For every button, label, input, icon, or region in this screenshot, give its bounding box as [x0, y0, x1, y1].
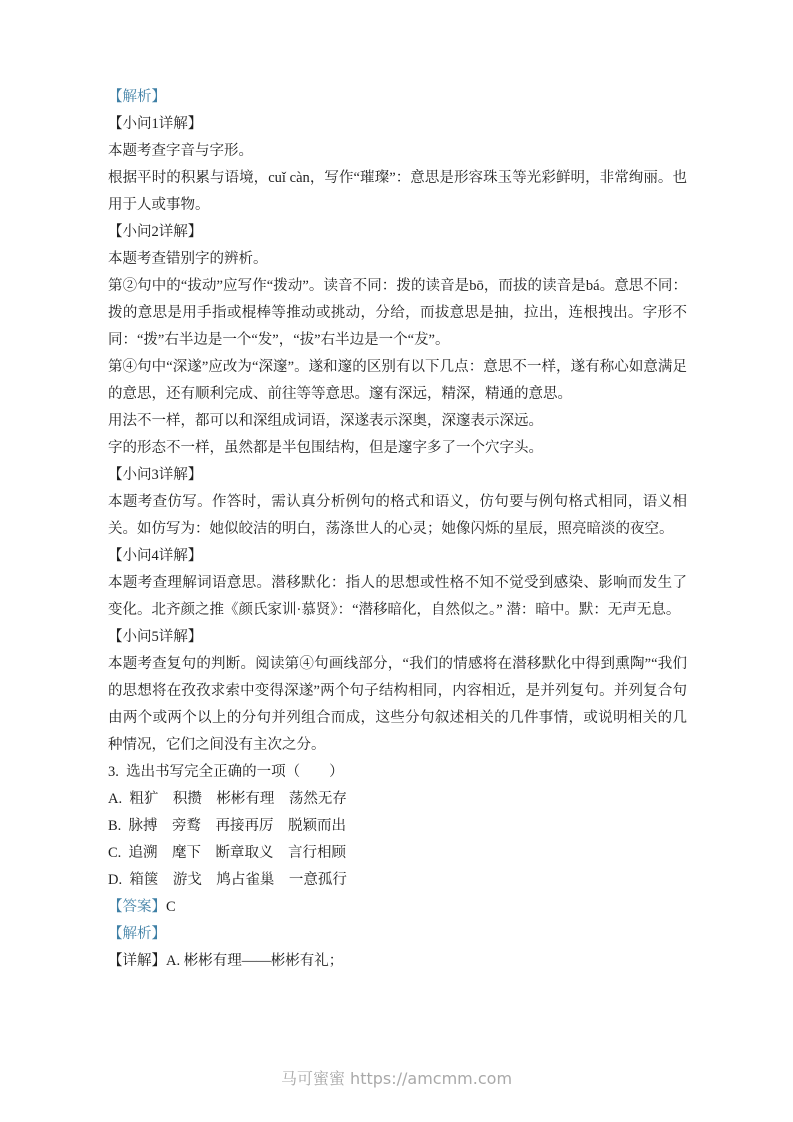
paragraph: 根据平时的积累与语境，cuǐ càn，写作“璀璨”：意思是形容珠玉等光彩鲜明，非…	[108, 165, 687, 219]
paragraph: 本题考查复句的判断。阅读第④句画线部分，“我们的情感将在潜移默化中得到熏陶”“我…	[108, 651, 687, 759]
option-c: C. 追溯 麾下 断章取义 言行相顾	[108, 840, 687, 867]
subquestion-4-section: 【小问4详解】 本题考查理解词语意思。潜移默化：指人的思想或性格不知不觉受到感染…	[108, 543, 687, 624]
option-a: A. 粗犷 积攒 彬彬有理 荡然无存	[108, 786, 687, 813]
subquestion-2-title: 【小问2详解】	[108, 219, 687, 246]
subquestion-1-section: 【小问1详解】 本题考查字音与字形。 根据平时的积累与语境，cuǐ càn，写作…	[108, 111, 687, 219]
answer-label: 【答案】	[108, 899, 166, 915]
paragraph: 字的形态不一样，虽然都是半包围结构，但是邃字多了一个穴字头。	[108, 435, 687, 462]
watermark: 马可蜜蜜 https://amcmm.com	[0, 1066, 793, 1089]
option-d: D. 箱箧 游戈 鸠占雀巢 一意孤行	[108, 867, 687, 894]
paragraph: 第④句中“深遂”应改为“深邃”。遂和邃的区别有以下几点：意思不一样，遂有称心如意…	[108, 354, 687, 408]
paragraph: 本题考查字音与字形。	[108, 138, 687, 165]
answer-line: 【答案】C	[108, 894, 687, 921]
paragraph: 本题考查错别字的辨析。	[108, 246, 687, 273]
document-page: 【解析】 【小问1详解】 本题考查字音与字形。 根据平时的积累与语境，cuǐ c…	[0, 0, 793, 1122]
subquestion-3-section: 【小问3详解】 本题考查仿写。作答时，需认真分析例句的格式和语义，仿句要与例句格…	[108, 462, 687, 543]
document-content: 【解析】 【小问1详解】 本题考查字音与字形。 根据平时的积累与语境，cuǐ c…	[108, 84, 687, 975]
subquestion-2-section: 【小问2详解】 本题考查错别字的辨析。 第②句中的“拔动”应写作“拨动”。读音不…	[108, 219, 687, 462]
paragraph: 第②句中的“拔动”应写作“拨动”。读音不同：拨的读音是bō，而拔的读音是bá。意…	[108, 273, 687, 354]
detail-line: 【详解】A. 彬彬有理——彬彬有礼；	[108, 948, 687, 975]
subquestion-5-title: 【小问5详解】	[108, 624, 687, 651]
analysis-header-2: 【解析】	[108, 921, 687, 948]
subquestion-4-title: 【小问4详解】	[108, 543, 687, 570]
analysis-header-1: 【解析】	[108, 84, 687, 111]
question-3-section: 3. 选出书写完全正确的一项（ ） A. 粗犷 积攒 彬彬有理 荡然无存 B. …	[108, 759, 687, 894]
question-stem: 3. 选出书写完全正确的一项（ ）	[108, 759, 687, 786]
answer-value: C	[166, 899, 176, 915]
detail-text: A. 彬彬有理——彬彬有礼；	[166, 953, 343, 969]
paragraph: 用法不一样，都可以和深组成词语，深遂表示深奥，深邃表示深远。	[108, 408, 687, 435]
subquestion-1-title: 【小问1详解】	[108, 111, 687, 138]
paragraph: 本题考查仿写。作答时，需认真分析例句的格式和语义，仿句要与例句格式相同，语义相关…	[108, 489, 687, 543]
option-b: B. 脉搏 旁鹜 再接再厉 脱颖而出	[108, 813, 687, 840]
subquestion-5-section: 【小问5详解】 本题考查复句的判断。阅读第④句画线部分，“我们的情感将在潜移默化…	[108, 624, 687, 759]
paragraph: 本题考查理解词语意思。潜移默化：指人的思想或性格不知不觉受到感染、影响而发生了变…	[108, 570, 687, 624]
subquestion-3-title: 【小问3详解】	[108, 462, 687, 489]
detail-label: 【详解】	[108, 953, 166, 969]
